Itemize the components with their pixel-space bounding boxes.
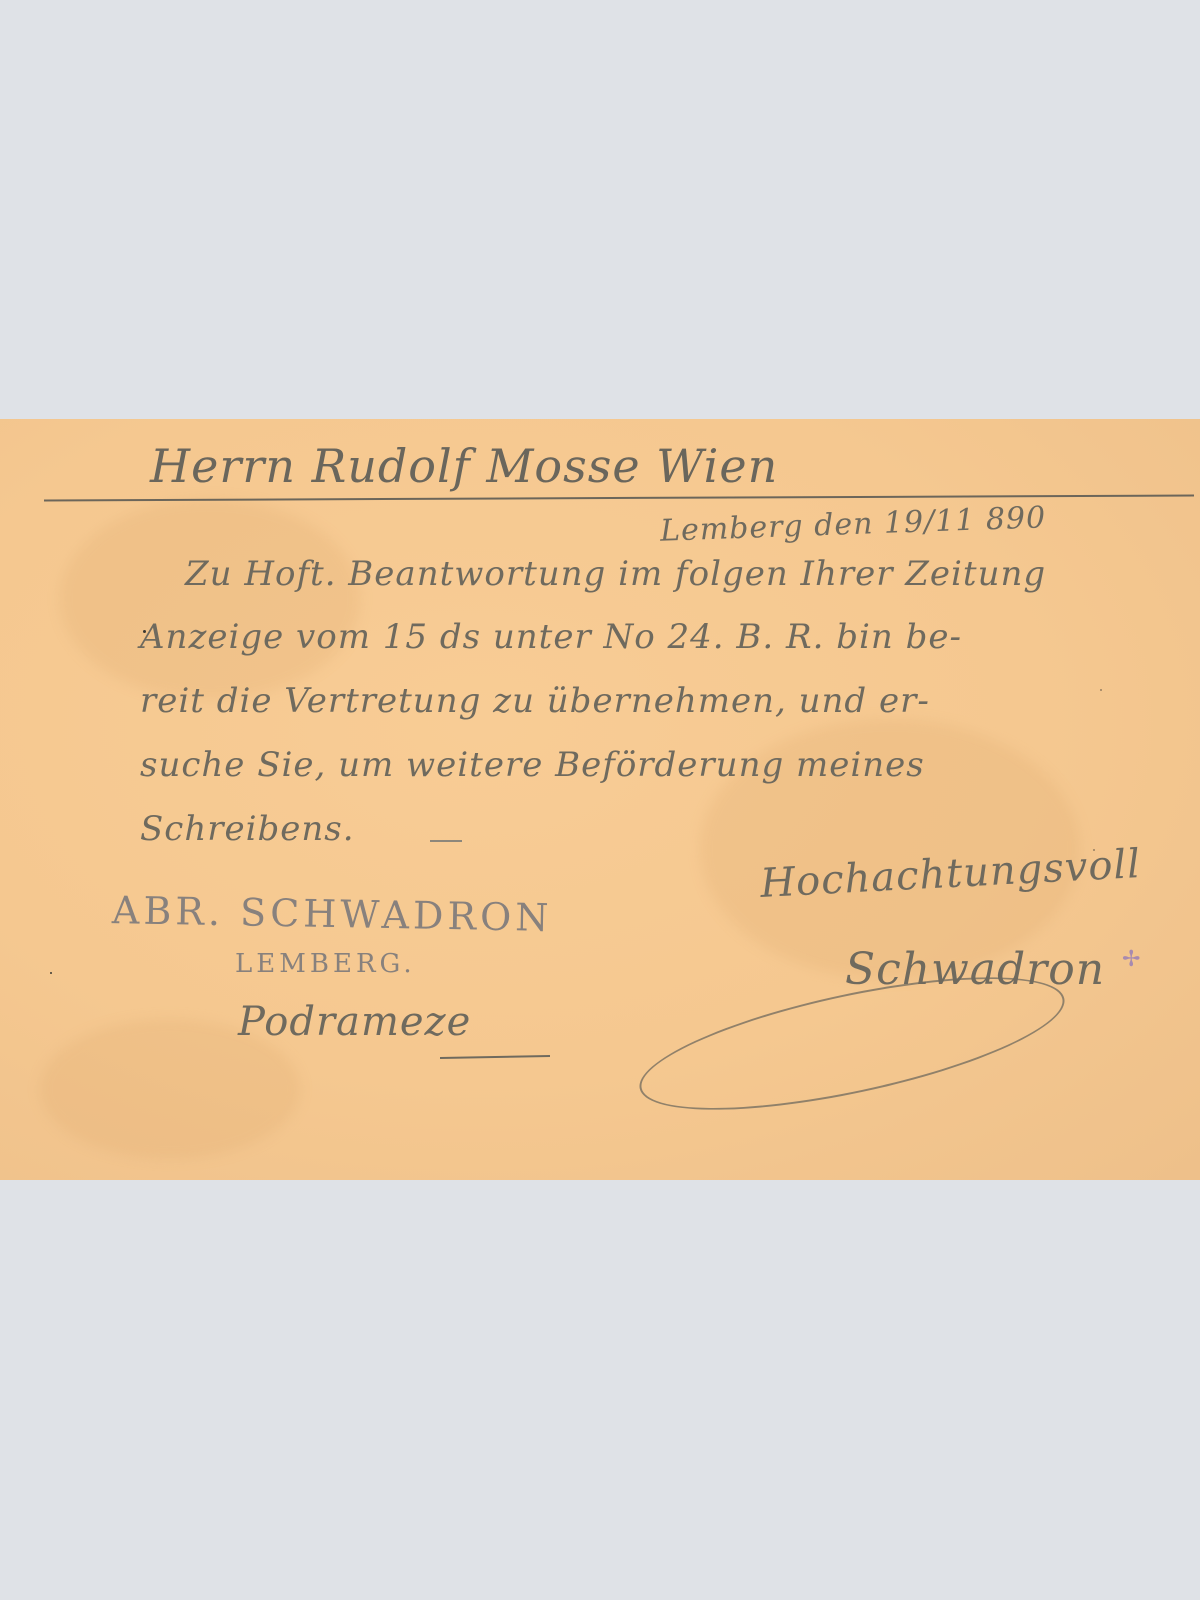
sender-stamp-city: LEMBERG. bbox=[235, 949, 416, 979]
sender-stamp-name: ABR. SCHWADRON bbox=[112, 888, 553, 940]
body-line: reit die Vertretung zu übernehmen, und e… bbox=[140, 681, 930, 721]
note-underline bbox=[440, 1055, 550, 1059]
paper-stain bbox=[60, 499, 360, 699]
body-line: Schreibens. bbox=[140, 809, 355, 849]
recipient-address: Herrn Rudolf Mosse Wien bbox=[150, 439, 778, 493]
violet-ink-mark: ✢ bbox=[1122, 947, 1140, 972]
ink-speck bbox=[1093, 849, 1095, 851]
body-line: Anzeige vom 15 ds unter No 24. B. R. bin… bbox=[140, 617, 962, 657]
closing-dash bbox=[430, 840, 462, 842]
body-line: Zu Hoft. Beantwortung im folgen Ihrer Ze… bbox=[185, 554, 1046, 594]
postcard: Herrn Rudolf Mosse Wien Lemberg den 19/1… bbox=[0, 419, 1200, 1180]
body-line: suche Sie, um weitere Beförderung meines bbox=[140, 745, 925, 785]
stamp-handwritten-note: Podrameze bbox=[238, 999, 471, 1045]
dateline: Lemberg den 19/11 890 bbox=[660, 500, 1047, 548]
ink-speck bbox=[50, 972, 52, 974]
ink-speck bbox=[1100, 689, 1102, 691]
ink-speck bbox=[143, 630, 146, 633]
